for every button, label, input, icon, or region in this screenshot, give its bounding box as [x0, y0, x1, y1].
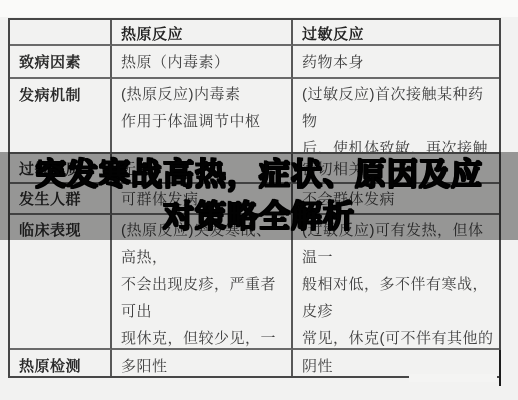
table-right-border-tail [499, 350, 501, 386]
title-banner: 突发寒战高热，症状、原因及应 对策略全解析 [0, 152, 518, 240]
row-label-cause: 致病因素 [10, 46, 112, 79]
banner-title-line1: 突发寒战高热，症状、原因及应 [35, 154, 483, 196]
row-label-mechanism: 发病机制 [10, 79, 112, 154]
allergy-test-cell: 阴性 [293, 350, 499, 376]
corner-header-cell [10, 20, 112, 46]
allergy-mechanism-cell: (过敏反应)首次接触某种药物 后，使机体致敏，再次接触同一 药物时，引起变态反应 [293, 79, 499, 154]
pyrogen-test-cell: 多阳性 [112, 350, 293, 376]
article-cover-photo: 热原反应 过敏反应 致病因素 热原（内毒素） 药物本身 发病机制 (热原反应)内… [0, 0, 518, 400]
allergy-cause-cell: 药物本身 [293, 46, 499, 79]
photo-white-patch [409, 374, 497, 382]
column-header-allergy: 过敏反应 [293, 20, 499, 46]
row-label-pyrogen-test: 热原检测 [10, 350, 112, 376]
pyrogen-cause-cell: 热原（内毒素） [112, 46, 293, 79]
banner-title-line2: 对策略全解析 [163, 196, 355, 238]
pyrogen-mechanism-cell: (热原反应)内毒素 作用于体温调节中枢 [112, 79, 293, 154]
column-header-pyrogen: 热原反应 [112, 20, 293, 46]
